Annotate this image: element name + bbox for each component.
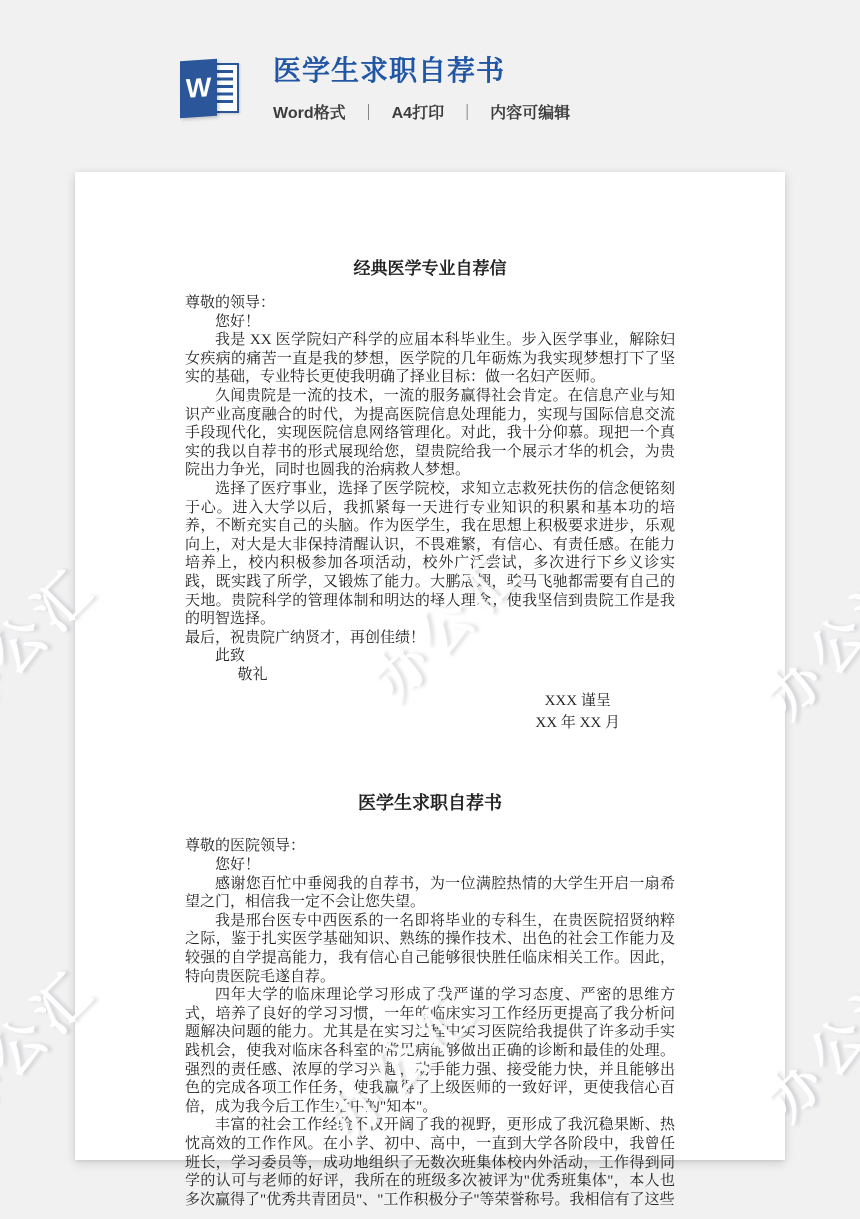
- page-viewport: W 医学生求职自荐书 Word格式 ｜ A4打印 ｜ 内容可编辑 经典医学专业自…: [0, 0, 860, 1219]
- letter1-salutation: 尊敬的领导：: [185, 294, 675, 313]
- letter1-closing: 最后，祝贵院广纳贤才，再创佳绩！: [185, 629, 675, 648]
- meta-editable: 内容可编辑: [490, 100, 570, 123]
- letter2-salutation: 尊敬的医院领导：: [185, 837, 675, 856]
- letter1-paragraph: 选择了医疗事业，选择了医学院校，求知立志救死扶伤的信念便铭刻于心。进入大学以后，…: [185, 480, 675, 629]
- letter1-signature-block: XXX 谨呈 XX 年 XX 月: [535, 691, 620, 734]
- meta-print: A4打印: [392, 100, 444, 123]
- letter1-regards: 此致: [185, 647, 675, 666]
- word-document-icon: W: [180, 60, 242, 118]
- word-icon-letter: W: [186, 72, 211, 105]
- letter1-greeting: 您好！: [185, 313, 675, 332]
- letter1-paragraph: 我是 XX 医学院妇产科学的应届本科毕业生。步入医学事业，解除妇女疾病的痛苦一直…: [185, 331, 675, 387]
- document-content: 经典医学专业自荐信 尊敬的领导： 您好！ 我是 XX 医学院妇产科学的应届本科毕…: [185, 258, 675, 1209]
- document-page-preview: 经典医学专业自荐信 尊敬的领导： 您好！ 我是 XX 医学院妇产科学的应届本科毕…: [75, 172, 785, 1160]
- letter1-paragraph: 久闻贵院是一流的技术，一流的服务赢得社会肯定。在信息产业与知识产业高度融合的时代…: [185, 387, 675, 480]
- letter1-date: XX 年 XX 月: [535, 713, 620, 735]
- letter1-signature: XXX 谨呈: [535, 691, 620, 713]
- word-icon-cover: W: [180, 59, 217, 119]
- letter2-paragraph: 感谢您百忙中垂阅我的自荐书，为一位满腔热情的大学生开启一扇希望之门，相信我一定不…: [185, 875, 675, 912]
- header: W 医学生求职自荐书 Word格式 ｜ A4打印 ｜ 内容可编辑: [0, 0, 860, 150]
- meta-separator: ｜: [459, 100, 475, 123]
- letter1-regards-salute: 敬礼: [185, 666, 675, 685]
- document-meta: Word格式 ｜ A4打印 ｜ 内容可编辑: [273, 100, 570, 123]
- meta-format: Word格式: [273, 100, 346, 123]
- meta-separator: ｜: [361, 100, 377, 123]
- page-title: 医学生求职自荐书: [273, 55, 570, 87]
- letter2-paragraph: 丰富的社会工作经验不仅开阔了我的视野，更形成了我沉稳果断、热忱高效的工作作风。在…: [185, 1116, 675, 1209]
- letter2-title: 医学生求职自荐书: [185, 791, 675, 815]
- letter1-title: 经典医学专业自荐信: [185, 258, 675, 280]
- letter2-greeting: 您好！: [185, 856, 675, 875]
- letter2-paragraph: 四年大学的临床理论学习形成了我严谨的学习态度、严密的思维方式，培养了良好的学习习…: [185, 986, 675, 1116]
- letter2-paragraph: 我是邢台医专中西医系的一名即将毕业的专科生，在贵医院招贤纳粹之际，鉴于扎实医学基…: [185, 912, 675, 986]
- header-text: 医学生求职自荐书 Word格式 ｜ A4打印 ｜ 内容可编辑: [273, 55, 570, 123]
